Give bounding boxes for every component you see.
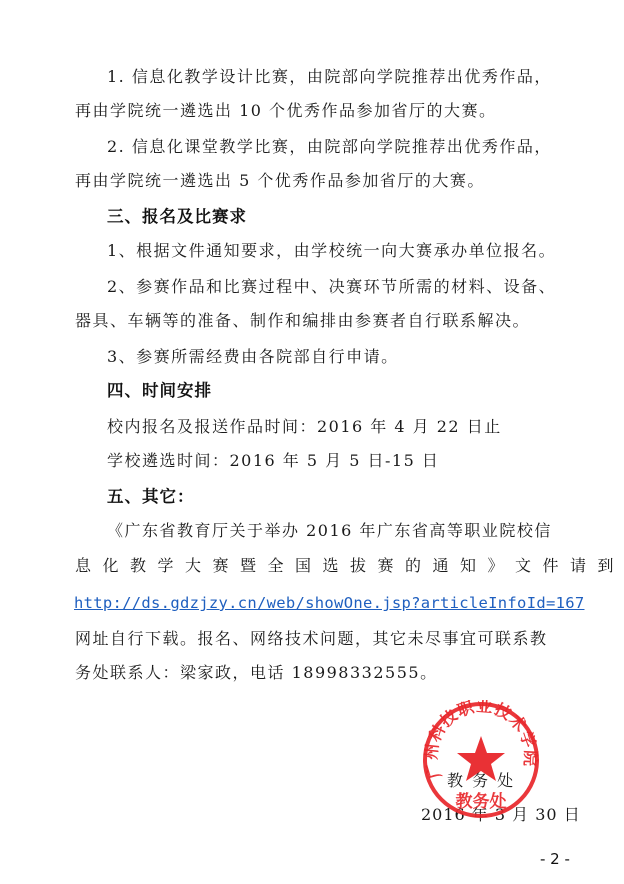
section-3-heading: 三、报名及比赛求 xyxy=(107,207,587,227)
section-4-item-2: 学校遴选时间：2016 年 5 月 5 日-15 日 xyxy=(107,451,587,471)
section-3-item-2-line-2: 器具、车辆等的准备、制作和编排由参赛者自行联系解决。 xyxy=(75,311,555,331)
section-3-item-3: 3、参赛所需经费由各院部自行申请。 xyxy=(107,347,587,367)
signature-date: 2016 年 3 月 30 日 xyxy=(421,805,581,825)
signature-department: 教 务 处 xyxy=(447,771,515,791)
section-3-item-2-line-1: 2、参赛作品和比赛过程中、决赛环节所需的材料、设备、 xyxy=(107,277,587,297)
section-5-heading: 五、其它： xyxy=(107,487,587,507)
section-4-heading: 四、时间安排 xyxy=(107,381,587,401)
page-number: - 2 - xyxy=(540,850,570,868)
section-3-item-1: 1、根据文件通知要求，由学校统一向大赛承办单位报名。 xyxy=(107,241,587,261)
paragraph-1-line-1: 1. 信息化教学设计比赛，由院部向学院推荐出优秀作品， xyxy=(107,67,587,87)
section-5-line-5: 务处联系人：梁家政，电话 18998332555。 xyxy=(75,663,555,683)
document-page: 1. 信息化教学设计比赛，由院部向学院推荐出优秀作品， 再由学院统一遴选出 10… xyxy=(0,0,624,884)
paragraph-1-line-2: 再由学院统一遴选出 10 个优秀作品参加省厅的大赛。 xyxy=(75,101,555,121)
section-4-item-1: 校内报名及报送作品时间：2016 年 4 月 22 日止 xyxy=(107,417,587,437)
section-5-line-4: 网址自行下载。报名、网络技术问题，其它未尽事宜可联系教 xyxy=(75,629,555,649)
section-5-line-1: 《广东省教育厅关于举办 2016 年广东省高等职业院校信 xyxy=(107,521,587,541)
download-link-line: http://ds.gdzjzy.cn/web/showOne.jsp?arti… xyxy=(74,593,554,613)
svg-text:广州科技职业技术学院: 广州科技职业技术学院 xyxy=(421,700,540,781)
paragraph-2-line-1: 2. 信息化课堂教学比赛，由院部向学院推荐出优秀作品， xyxy=(107,137,587,157)
section-5-line-2: 息化教学大赛暨全国选拔赛的通知》文件请到 xyxy=(75,556,555,576)
paragraph-2-line-2: 再由学院统一遴选出 5 个优秀作品参加省厅的大赛。 xyxy=(75,171,555,191)
download-link[interactable]: http://ds.gdzjzy.cn/web/showOne.jsp?arti… xyxy=(74,594,584,612)
official-seal-icon: 广州科技职业技术学院 教务处 xyxy=(421,700,541,820)
